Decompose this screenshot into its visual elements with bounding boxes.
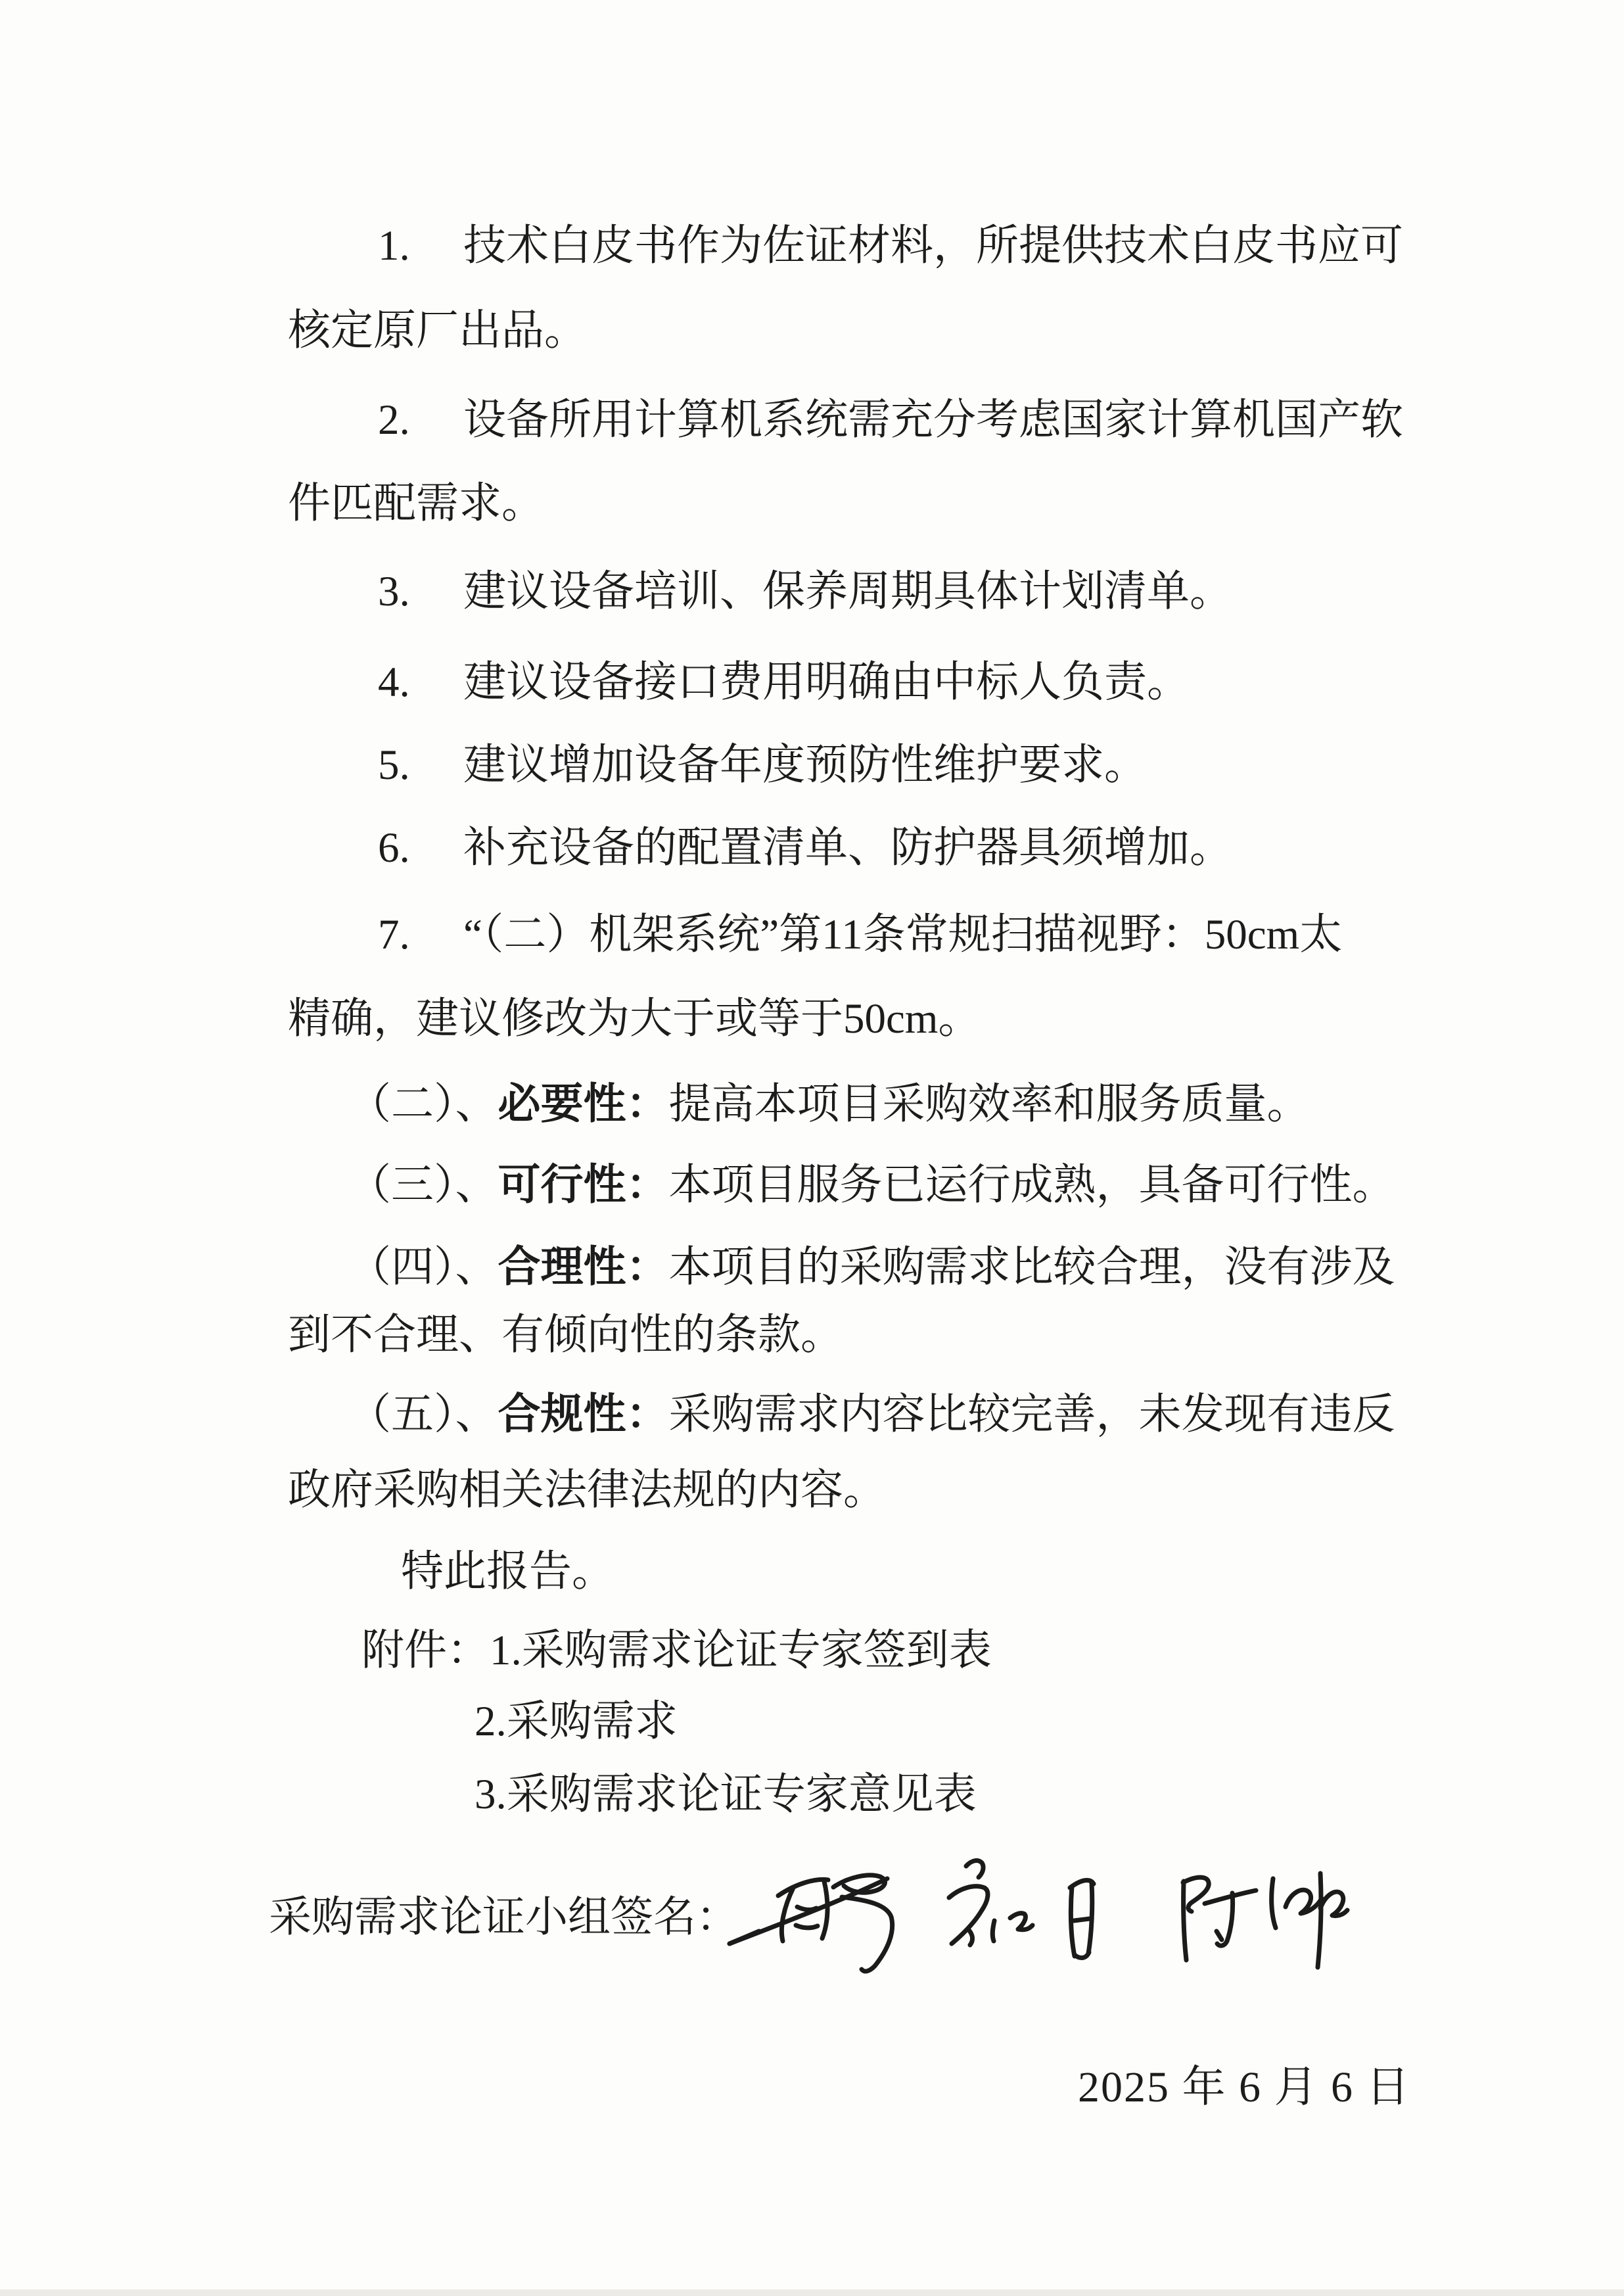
- clause-feasibility-prefix: （三）、: [348, 1161, 498, 1209]
- clause-compliance-line-1: （五）、合规性：采购需求内容比较完善，未发现有违反: [348, 1390, 1395, 1439]
- list-item-3-text: 建议设备培训、保养周期具体计划清单。: [463, 568, 1232, 615]
- list-item-5-number: 5.: [378, 741, 463, 789]
- list-item-7-text: “（二）机架系统”第11条常规扫描视野：50cm太: [463, 911, 1342, 958]
- list-item-3: 3.建议设备培训、保养周期具体计划清单。: [378, 568, 1232, 616]
- list-item-1-line-2: 核定原厂出品。: [288, 307, 587, 355]
- signatures-image: [0, 0, 1624, 2296]
- clause-reasonableness-text-cont: 到不合理、有倾向性的条款。: [288, 1311, 843, 1359]
- clause-necessity: （二）、必要性：提高本项目采购效率和服务质量。: [348, 1080, 1310, 1129]
- signature-2-strokes: [949, 1861, 1094, 1958]
- clause-compliance-line-2: 政府采购相关法律法规的内容。: [288, 1466, 886, 1514]
- list-item-1-text: 技术白皮书作为佐证材料，所提供技术白皮书应可: [463, 222, 1403, 269]
- list-item-5: 5.建议增加设备年度预防性维护要求。: [378, 741, 1147, 789]
- attachment-item-3: 3.采购需求论证专家意见表: [475, 1771, 977, 1819]
- attachment-item-3-text: 3.采购需求论证专家意见表: [475, 1771, 977, 1818]
- list-item-1-text-cont: 核定原厂出品。: [288, 307, 587, 354]
- signature-row-label-text: 采购需求论证小组签名：: [269, 1894, 739, 1941]
- list-item-5-text: 建议增加设备年度预防性维护要求。: [463, 741, 1147, 789]
- document-date: 2025 年 6 月 6 日: [1078, 2064, 1411, 2112]
- attachment-item-2: 2.采购需求: [475, 1698, 678, 1746]
- clause-feasibility-text: 本项目服务已运行成熟，具备可行性。: [669, 1161, 1395, 1209]
- signature-row-label: 采购需求论证小组签名：: [269, 1894, 739, 1942]
- scanned-document-page: 1.技术白皮书作为佐证材料，所提供技术白皮书应可 核定原厂出品。 2.设备所用计…: [0, 0, 1624, 2296]
- clause-necessity-label: 必要性：: [498, 1079, 669, 1127]
- attachment-line-1: 附件：1.采购需求论证专家签到表: [361, 1627, 992, 1675]
- list-item-2-line-1: 2.设备所用计算机系统需充分考虑国家计算机国产软: [378, 396, 1403, 444]
- clause-feasibility: （三）、可行性：本项目服务已运行成熟，具备可行性。: [348, 1161, 1395, 1209]
- list-item-2-text-cont: 件匹配需求。: [288, 480, 544, 527]
- clause-reasonableness-text: 本项目的采购需求比较合理，没有涉及: [669, 1244, 1395, 1291]
- list-item-7-line-1: 7.“（二）机架系统”第11条常规扫描视野：50cm太: [378, 911, 1342, 959]
- list-item-2-line-2: 件匹配需求。: [288, 480, 544, 528]
- list-item-4-number: 4.: [378, 659, 463, 707]
- list-item-3-number: 3.: [378, 568, 463, 616]
- list-item-6: 6.补充设备的配置清单、防护器具须增加。: [378, 824, 1232, 872]
- clause-reasonableness-line-1: （四）、合理性：本项目的采购需求比较合理，没有涉及: [348, 1243, 1395, 1292]
- document-date-text: 2025 年 6 月 6 日: [1078, 2063, 1411, 2111]
- list-item-6-number: 6.: [378, 824, 463, 872]
- attachment-item-1: 1.采购需求论证专家签到表: [490, 1627, 992, 1674]
- attachment-item-2-text: 2.采购需求: [475, 1698, 678, 1745]
- list-item-2-number: 2.: [378, 396, 463, 444]
- clause-compliance-text-cont: 政府采购相关法律法规的内容。: [288, 1466, 886, 1514]
- list-item-7-line-2: 精确，建议修改为大于或等于50cm。: [288, 995, 981, 1043]
- clause-compliance-prefix: （五）、: [348, 1391, 498, 1438]
- clause-reasonableness-prefix: （四）、: [348, 1244, 498, 1291]
- clause-feasibility-label: 可行性：: [498, 1160, 669, 1208]
- clause-compliance-text: 采购需求内容比较完善，未发现有违反: [669, 1391, 1395, 1438]
- clause-necessity-prefix: （二）、: [348, 1081, 498, 1128]
- closing-statement: 特此报告。: [401, 1548, 615, 1596]
- list-item-7-number: 7.: [378, 911, 463, 959]
- clause-compliance-label: 合规性：: [498, 1390, 669, 1438]
- list-item-6-text: 补充设备的配置清单、防护器具须增加。: [463, 824, 1232, 872]
- clause-reasonableness-label: 合理性：: [498, 1242, 669, 1290]
- closing-statement-text: 特此报告。: [401, 1548, 615, 1595]
- list-item-7-text-cont: 精确，建议修改为大于或等于50cm。: [288, 995, 981, 1043]
- list-item-4: 4.建议设备接口费用明确由中标人负责。: [378, 659, 1190, 707]
- signature-3-strokes: [1183, 1873, 1347, 1967]
- list-item-4-text: 建议设备接口费用明确由中标人负责。: [463, 659, 1190, 706]
- scan-bottom-edge: [0, 2289, 1624, 2296]
- clause-necessity-text: 提高本项目采购效率和服务质量。: [669, 1081, 1310, 1128]
- list-item-1-line-1: 1.技术白皮书作为佐证材料，所提供技术白皮书应可: [378, 222, 1403, 270]
- clause-reasonableness-line-2: 到不合理、有倾向性的条款。: [288, 1311, 843, 1359]
- list-item-1-number: 1.: [378, 222, 463, 270]
- attachment-label: 附件：: [361, 1627, 490, 1674]
- list-item-2-text: 设备所用计算机系统需充分考虑国家计算机国产软: [463, 396, 1403, 444]
- signature-1-strokes: [730, 1875, 893, 1971]
